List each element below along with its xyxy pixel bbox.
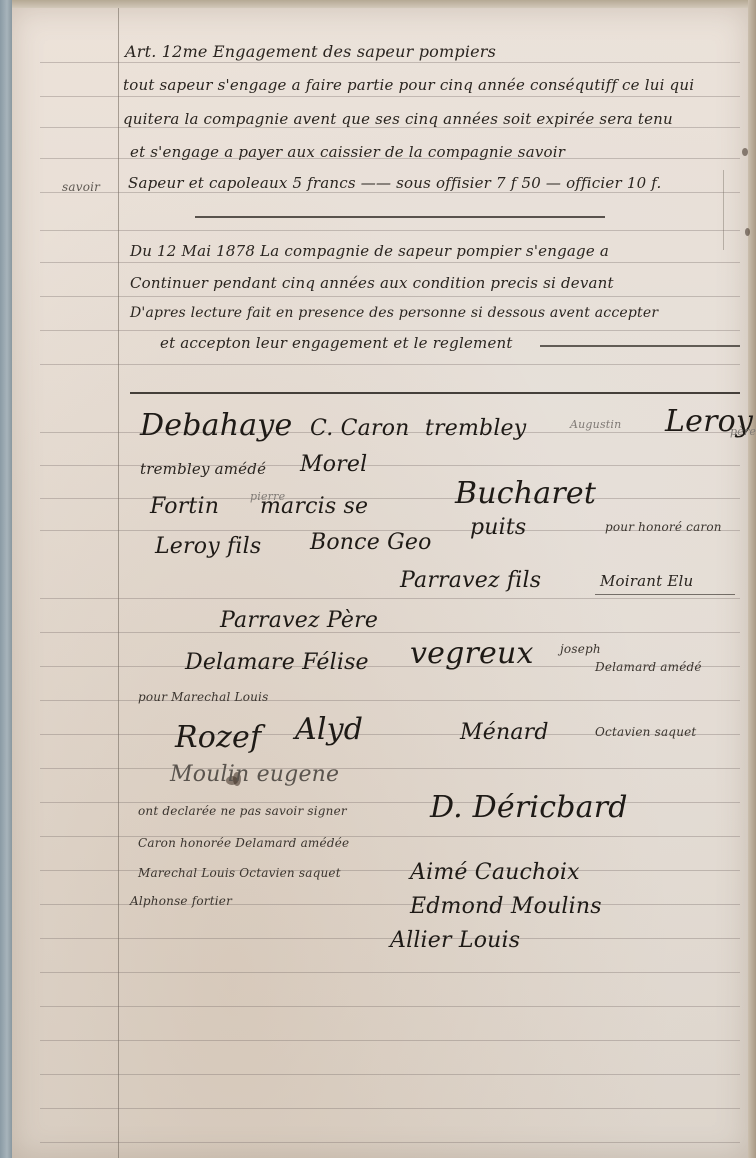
declaration-names: Caron honorée Delamard amédée — [138, 836, 349, 850]
ruled-line — [40, 632, 740, 633]
article-line: tout sapeur s'engage a faire partie pour… — [123, 76, 694, 94]
signature: D. Déricbard — [430, 790, 628, 825]
resolution-line: et accepton leur engagement et le reglem… — [160, 334, 513, 352]
paper-stain — [742, 148, 748, 156]
section-divider — [130, 392, 740, 394]
signature: Octavien saquet — [595, 725, 696, 739]
signature: Parravez Père — [220, 608, 378, 633]
article-line: quitera la compagnie avent que ses cinq … — [123, 110, 673, 128]
section-divider — [195, 216, 605, 218]
article-line: Sapeur et capoleaux 5 francs —— sous off… — [128, 174, 661, 192]
signature: C. Caron — [310, 416, 410, 441]
resolution-line: Continuer pendant cinq années aux condit… — [130, 274, 614, 292]
signature: pour honoré caron — [605, 520, 722, 534]
resolution-line: D'apres lecture fait en presence des per… — [130, 305, 658, 321]
signature: Morel — [300, 452, 367, 477]
signature: Bucharet — [455, 476, 596, 511]
signature: Allier Louis — [390, 928, 520, 953]
ruled-line — [40, 296, 740, 297]
ruled-line — [40, 498, 740, 499]
ruled-line — [40, 1074, 740, 1075]
declaration-names: Alphonse fortier — [130, 894, 232, 908]
signature: puits — [470, 515, 526, 540]
ruled-line — [40, 598, 740, 599]
signature: Fortin — [150, 494, 219, 519]
ruled-line — [40, 1142, 740, 1143]
left-margin-line — [118, 8, 119, 1158]
signature: Moirant Elu — [600, 572, 693, 590]
resolution-line: Du 12 Mai 1878 La compagnie de sapeur po… — [130, 242, 609, 260]
ruled-line — [40, 330, 740, 331]
signature: Leroy fils — [155, 534, 261, 559]
article-heading: Art. 12me Engagement des sapeur pompiers — [125, 42, 496, 61]
signature-annotation: père — [730, 425, 756, 438]
ruled-line — [40, 62, 740, 63]
signature: trembley — [425, 416, 526, 441]
closing-flourish — [540, 345, 740, 347]
ruled-line — [40, 364, 740, 365]
signature: joseph — [560, 642, 601, 656]
signature: Parravez fils — [400, 568, 541, 593]
ruled-line — [40, 262, 740, 263]
ruled-line — [40, 768, 740, 769]
signature: Bonce Geo — [310, 530, 432, 555]
margin-note: savoir — [62, 180, 100, 194]
signature-annotation: Augustin — [570, 418, 621, 431]
signature: Delamare Félise — [185, 650, 369, 675]
signature: marcis se — [260, 494, 368, 519]
declaration-names: Marechal Louis Octavien saquet — [138, 866, 341, 880]
paper-stain — [745, 228, 750, 236]
ruled-line — [40, 1108, 740, 1109]
article-line: et s'engage a payer aux caissier de la c… — [130, 143, 565, 161]
ruled-line — [40, 1040, 740, 1041]
signature: Edmond Moulins — [410, 894, 602, 919]
right-margin-mark — [723, 170, 724, 250]
ruled-line — [40, 1006, 740, 1007]
signature: Rozef — [175, 720, 261, 755]
ruled-line — [40, 96, 740, 97]
page-right-edge — [748, 0, 756, 1158]
signature: Debahaye — [140, 408, 292, 443]
signature: pour Marechal Louis — [138, 690, 268, 704]
signature: vegreux — [410, 636, 534, 671]
signature: Moulin eugene — [170, 762, 339, 787]
signature: Delamard amédé — [595, 660, 702, 674]
signature-underline — [595, 594, 735, 595]
signature: trembley amédé — [140, 460, 266, 478]
signature: Alyd — [295, 712, 363, 747]
declaration-note: ont declarée ne pas savoir signer — [138, 804, 347, 818]
ruled-line — [40, 230, 740, 231]
ruled-line — [40, 192, 740, 193]
ruled-line — [40, 802, 740, 803]
signature: Aimé Cauchoix — [410, 860, 580, 885]
ruled-line — [40, 972, 740, 973]
signature: Ménard — [460, 720, 549, 745]
